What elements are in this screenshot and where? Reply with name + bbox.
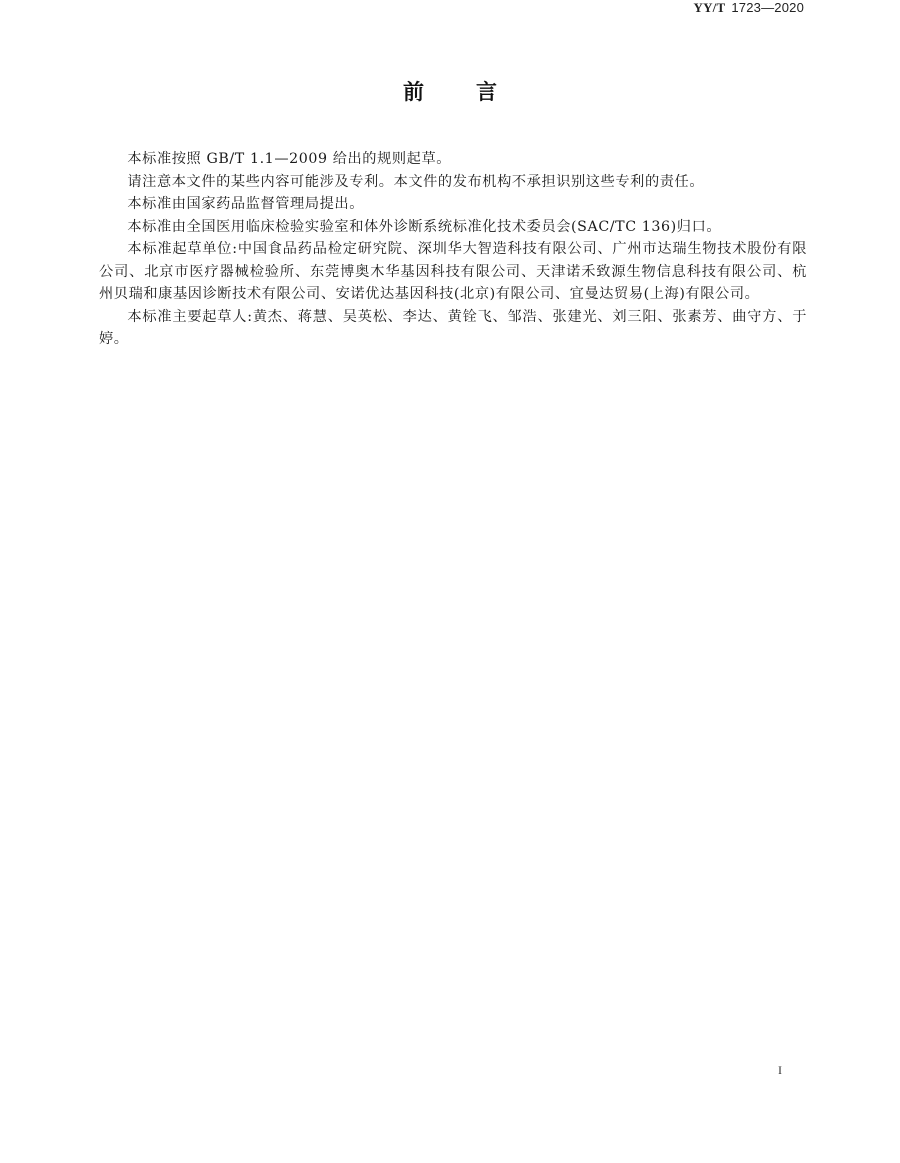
paragraph-drafting-units: 本标准起草单位:中国食品药品检定研究院、深圳华大智造科技有限公司、广州市达瑞生物… bbox=[99, 238, 807, 306]
standard-number: 1723—2020 bbox=[731, 0, 804, 15]
title-char-2: 言 bbox=[476, 76, 497, 106]
title-char-1: 前 bbox=[403, 76, 424, 106]
foreword-body: 本标准按照 GB/T 1.1—2009 给出的规则起草。 请注意本文件的某些内容… bbox=[99, 148, 807, 351]
page-title: 前言 bbox=[0, 76, 900, 106]
paragraph-drafting-rules: 本标准按照 GB/T 1.1—2009 给出的规则起草。 bbox=[99, 148, 807, 171]
paragraph-patent-notice: 请注意本文件的某些内容可能涉及专利。本文件的发布机构不承担识别这些专利的责任。 bbox=[99, 171, 807, 194]
paragraph-committee: 本标准由全国医用临床检验实验室和体外诊断系统标准化技术委员会(SAC/TC 13… bbox=[99, 216, 807, 239]
standard-prefix: YY/T bbox=[694, 0, 726, 15]
paragraph-drafters: 本标准主要起草人:黄杰、蒋慧、吴英松、李达、黄铨飞、邹浩、张建光、刘三阳、张素芳… bbox=[99, 306, 807, 351]
page-number: I bbox=[778, 1063, 782, 1078]
paragraph-proposer: 本标准由国家药品监督管理局提出。 bbox=[99, 193, 807, 216]
standard-code: YY/T1723—2020 bbox=[694, 0, 805, 16]
